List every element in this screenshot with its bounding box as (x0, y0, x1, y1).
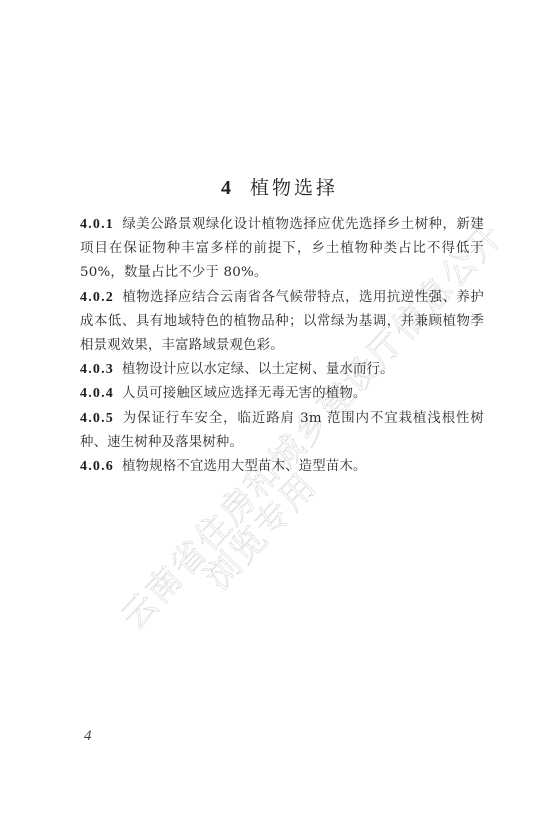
watermark-line-2: 浏览专用 (192, 460, 326, 599)
clause-4-0-3: 4.0.3植物设计应以水定绿、以土定树、量水而行。 (80, 358, 484, 382)
clause-text: 植物规格不宜选用大型苗木、造型苗木。 (122, 459, 367, 474)
clause-number: 4.0.6 (80, 459, 114, 474)
chapter-title-text: 植物选择 (250, 177, 338, 199)
page-number: 4 (84, 728, 92, 745)
clause-number: 4.0.4 (80, 386, 114, 401)
clause-4-0-1: 4.0.1绿美公路景观绿化设计植物选择应优先选择乡土树种，新建项目在保证物种丰富… (80, 213, 484, 286)
clause-4-0-2: 4.0.2植物选择应结合云南省各气候带特点，选用抗逆性强、养护成本低、具有地域特… (80, 286, 484, 359)
clause-4-0-5: 4.0.5为保证行车安全，临近路肩 3m 范围内不宜栽植浅根性树种、速生树种及落… (80, 407, 484, 455)
clause-text: 植物设计应以水定绿、以土定树、量水而行。 (122, 362, 394, 377)
clause-text: 植物选择应结合云南省各气候带特点，选用抗逆性强、养护成本低、具有地域特色的植物品… (80, 290, 484, 353)
clause-4-0-6: 4.0.6植物规格不宜选用大型苗木、造型苗木。 (80, 455, 484, 479)
chapter-number: 4 (221, 177, 234, 199)
clause-text: 人员可接触区域应选择无毒无害的植物。 (122, 386, 367, 401)
clause-number: 4.0.5 (80, 411, 114, 426)
document-page: 云南省住房和城乡建设厅信息公开 浏览专用 4植物选择 4.0.1绿美公路景观绿化… (0, 0, 559, 816)
clause-text: 绿美公路景观绿化设计植物选择应优先选择乡土树种，新建项目在保证物种丰富多样的前提… (80, 217, 484, 280)
clause-list: 4.0.1绿美公路景观绿化设计植物选择应优先选择乡土树种，新建项目在保证物种丰富… (80, 213, 484, 479)
clause-number: 4.0.3 (80, 362, 114, 377)
clause-number: 4.0.2 (80, 290, 114, 305)
clause-text: 为保证行车安全，临近路肩 3m 范围内不宜栽植浅根性树种、速生树种及落果树种。 (80, 411, 484, 450)
clause-number: 4.0.1 (80, 217, 114, 232)
chapter-heading: 4植物选择 (0, 173, 559, 200)
clause-4-0-4: 4.0.4人员可接触区域应选择无毒无害的植物。 (80, 382, 484, 406)
